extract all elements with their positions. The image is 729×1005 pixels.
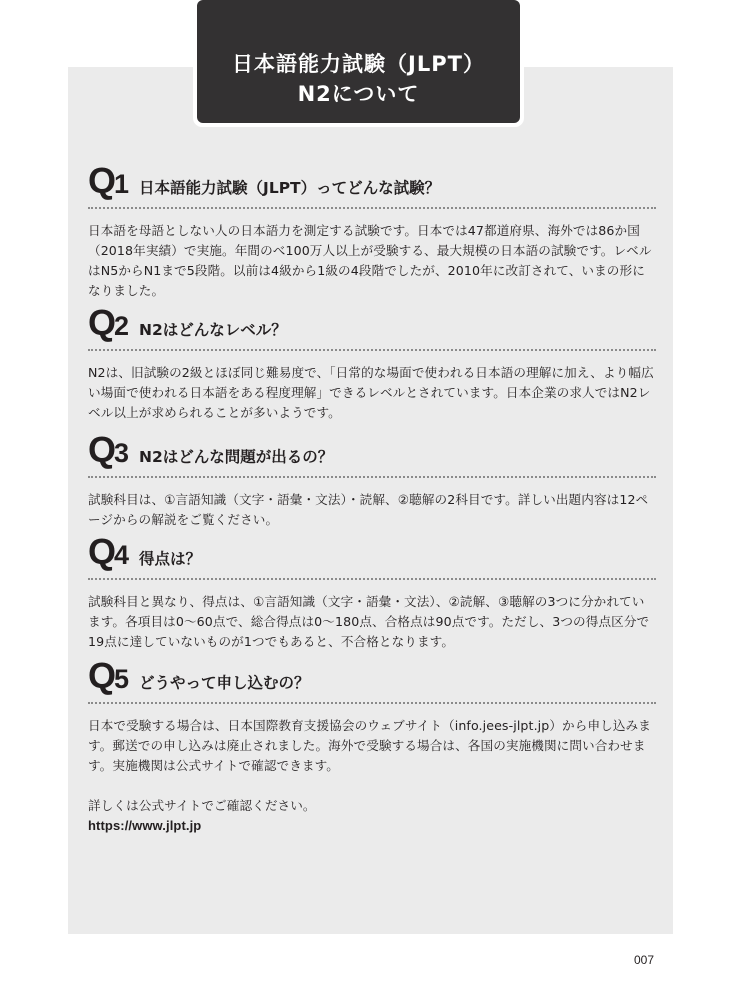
- dotted-divider: [88, 207, 656, 209]
- qa-section-3: Q 3 N2はどんな問題が出るの？ 試験科目は、①言語知識（文字・語彙・文法）・…: [88, 432, 656, 530]
- answer-text: N2は、旧試験の2級とほぼ同じ難易度で、「日常的な場面で使われる日本語の理解に加…: [88, 363, 656, 423]
- answer-paragraph: 日本語を母語としない人の日本語力を測定する試験です。日本では47都道府県、海外で…: [88, 221, 656, 301]
- question-number: 5: [114, 661, 129, 697]
- dotted-divider: [88, 702, 656, 704]
- qa-section-5: Q 5 どうやって申し込むの？ 日本で受験する場合は、日本国際教育支援協会のウェ…: [88, 658, 656, 836]
- answer-paragraph: 試験科目と異なり、得点は、①言語知識（文字・語彙・文法）、②読解、③聴解の3つに…: [88, 592, 656, 652]
- question-text: N2はどんなレベル？: [139, 318, 287, 340]
- question-number: 2: [114, 308, 129, 344]
- question-text: 得点は？: [139, 547, 201, 569]
- answer-text: 試験科目と異なり、得点は、①言語知識（文字・語彙・文法）、②読解、③聴解の3つに…: [88, 592, 656, 652]
- question-heading: Q 5 どうやって申し込むの？: [88, 658, 656, 694]
- dotted-divider: [88, 349, 656, 351]
- qa-section-4: Q 4 得点は？ 試験科目と異なり、得点は、①言語知識（文字・語彙・文法）、②読…: [88, 534, 656, 652]
- dotted-divider: [88, 476, 656, 478]
- question-number: 1: [114, 166, 129, 202]
- question-number: 4: [114, 537, 129, 573]
- official-site-link[interactable]: https://www.jlpt.jp: [88, 816, 656, 836]
- q-mark: Q: [88, 432, 114, 468]
- title-line-2: N2について: [298, 79, 420, 109]
- page-number: 007: [634, 953, 654, 967]
- answer-paragraph: 日本で受験する場合は、日本国際教育支援協会のウェブサイト（info.jees-j…: [88, 716, 656, 776]
- question-number: 3: [114, 435, 129, 471]
- question-heading: Q 3 N2はどんな問題が出るの？: [88, 432, 656, 468]
- question-text: どうやって申し込むの？: [139, 671, 310, 693]
- question-text: 日本語能力試験（JLPT）ってどんな試験？: [139, 176, 440, 198]
- answer-paragraph: 試験科目は、①言語知識（文字・語彙・文法）・読解、②聴解の2科目です。詳しい出題…: [88, 490, 656, 530]
- question-heading: Q 2 N2はどんなレベル？: [88, 305, 656, 341]
- page-title: 日本語能力試験（JLPT） N2について: [197, 0, 520, 123]
- qa-section-1: Q 1 日本語能力試験（JLPT）ってどんな試験？ 日本語を母語としない人の日本…: [88, 163, 656, 301]
- title-frame: 日本語能力試験（JLPT） N2について: [193, 0, 524, 127]
- answer-text: 日本で受験する場合は、日本国際教育支援協会のウェブサイト（info.jees-j…: [88, 716, 656, 836]
- q-mark: Q: [88, 163, 114, 199]
- q-mark: Q: [88, 305, 114, 341]
- dotted-divider: [88, 578, 656, 580]
- question-text: N2はどんな問題が出るの？: [139, 445, 333, 467]
- question-heading: Q 1 日本語能力試験（JLPT）ってどんな試験？: [88, 163, 656, 199]
- qa-section-2: Q 2 N2はどんなレベル？ N2は、旧試験の2級とほぼ同じ難易度で、「日常的な…: [88, 305, 656, 423]
- answer-text: 日本語を母語としない人の日本語力を測定する試験です。日本では47都道府県、海外で…: [88, 221, 656, 301]
- answer-text: 試験科目は、①言語知識（文字・語彙・文法）・読解、②聴解の2科目です。詳しい出題…: [88, 490, 656, 530]
- title-line-1: 日本語能力試験（JLPT）: [232, 49, 485, 79]
- q-mark: Q: [88, 534, 114, 570]
- question-heading: Q 4 得点は？: [88, 534, 656, 570]
- answer-paragraph: N2は、旧試験の2級とほぼ同じ難易度で、「日常的な場面で使われる日本語の理解に加…: [88, 363, 656, 423]
- official-site-note: 詳しくは公式サイトでご確認ください。: [88, 796, 656, 816]
- q-mark: Q: [88, 658, 114, 694]
